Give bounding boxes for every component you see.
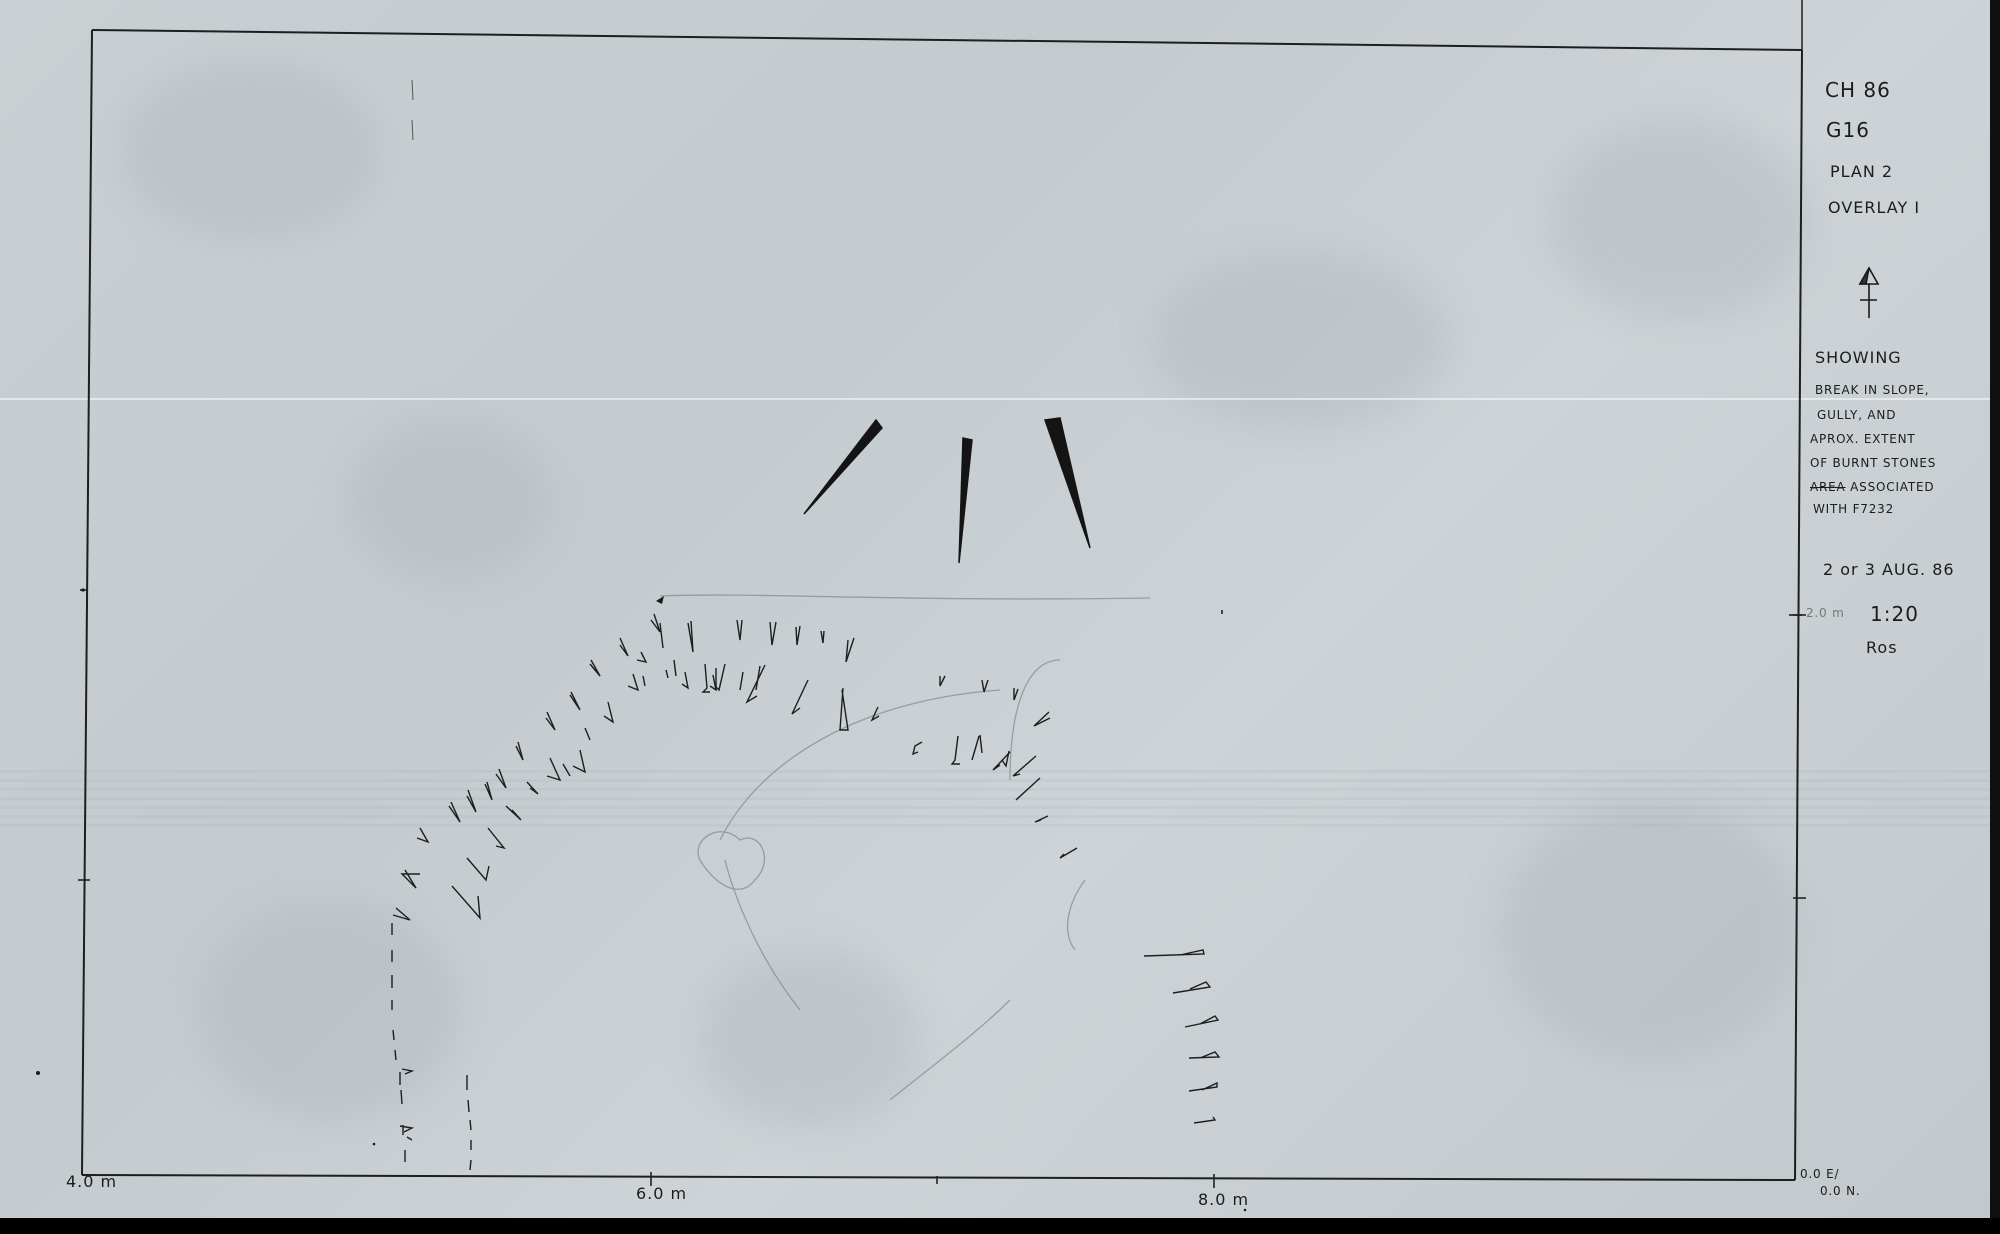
grid-label-6m: 6.0 m (636, 1184, 687, 1203)
description-line-1: SHOWING (1815, 348, 1902, 367)
grid-square-label: G16 (1826, 118, 1870, 142)
date-label: 2 or 3 AUG. 86 (1823, 560, 1955, 579)
drawing-sheet: CH 86 G16 PLAN 2 OVERLAY I SHOWING BREAK… (0, 0, 2000, 1218)
extent-dashed-lines (392, 923, 471, 1170)
plan-drawing (0, 0, 2000, 1218)
description-line-6: AREA ASSOCIATED (1810, 480, 1934, 494)
struck-word: AREA (1810, 480, 1846, 494)
north-arrow-icon (1860, 268, 1878, 318)
grid-label-2m: 2.0 m (1806, 606, 1845, 620)
description-line-7: WITH F7232 (1813, 502, 1894, 516)
grid-ticks (78, 80, 1806, 1188)
scale-label: 1:20 (1870, 602, 1919, 626)
drawn-by-label: Ros (1866, 638, 1898, 657)
description-line-5: OF BURNT STONES (1810, 456, 1936, 470)
gully-start-mark (36, 588, 1246, 1211)
overlay-label: OVERLAY I (1828, 198, 1920, 217)
origin-label-north: 0.0 N. (1820, 1184, 1861, 1198)
grid-label-8m: 8.0 m (1198, 1190, 1249, 1209)
grid-label-4m: 4.0 m (66, 1172, 117, 1191)
origin-label-east: 0.0 E/ (1800, 1167, 1839, 1181)
associated-word: ASSOCIATED (1850, 480, 1934, 494)
site-code-label: CH 86 (1825, 78, 1891, 102)
drawing-frame (82, 0, 1802, 1180)
break-in-slope-hachures (804, 418, 1090, 563)
burnt-stones-outer-hachures (393, 614, 1050, 920)
burnt-stones-east-hachures (1144, 950, 1219, 1123)
plan-number-label: PLAN 2 (1830, 162, 1893, 181)
description-line-2: BREAK IN SLOPE, (1815, 383, 1929, 397)
description-line-4: APROX. EXTENT (1810, 432, 1916, 446)
description-line-3: GULLY, AND (1817, 408, 1896, 422)
